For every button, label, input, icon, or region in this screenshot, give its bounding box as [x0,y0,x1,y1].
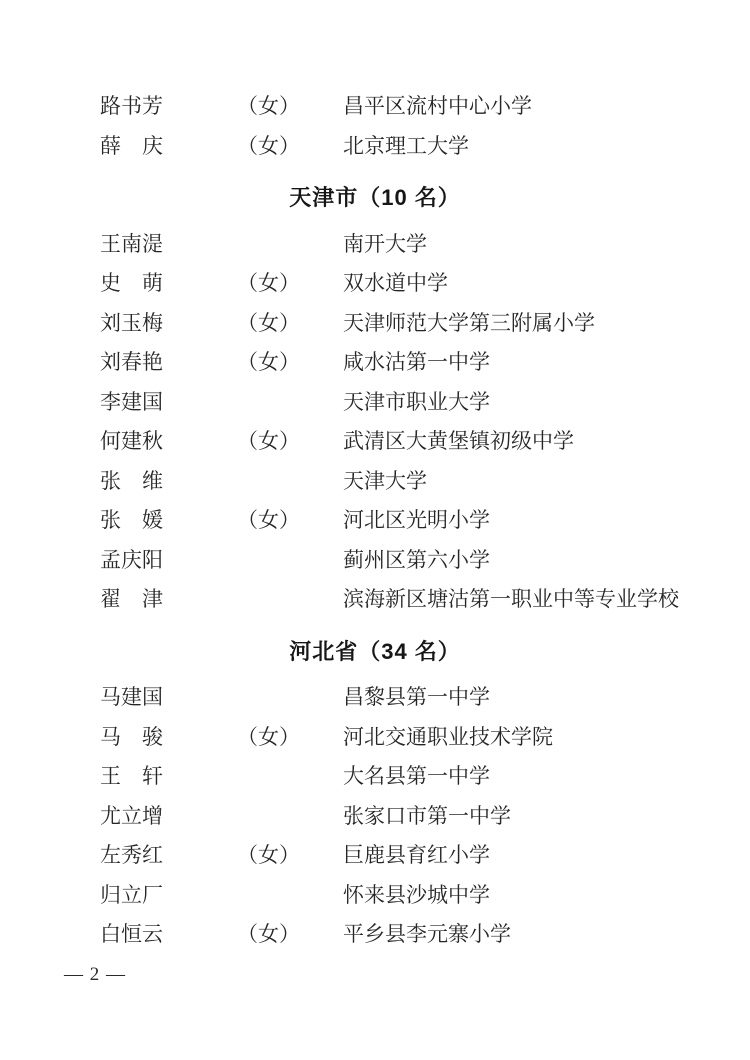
roster-row: 刘玉梅（女）天津师范大学第三附属小学 [0,304,750,344]
school-name: 怀来县沙城中学 [343,876,750,916]
gender-label [237,225,343,265]
school-name: 咸水沽第一中学 [343,343,750,383]
school-name: 昌平区流村中心小学 [343,87,750,127]
roster-row: 路书芳（女）昌平区流村中心小学 [0,87,750,127]
roster-row: 史 萌（女）双水道中学 [0,264,750,304]
gender-label: （女） [237,422,343,462]
school-name: 昌黎县第一中学 [343,678,750,718]
roster-row: 尤立增张家口市第一中学 [0,797,750,837]
roster-row: 张 媛（女）河北区光明小学 [0,501,750,541]
roster-list: 路书芳（女）昌平区流村中心小学薛 庆（女）北京理工大学天津市（10 名）王南湜南… [0,0,750,955]
person-name: 张 维 [100,462,237,502]
person-name: 翟 津 [100,580,237,620]
person-name: 尤立增 [100,797,237,837]
gender-label: （女） [237,264,343,304]
gender-label [237,580,343,620]
school-name: 平乡县李元寨小学 [343,915,750,955]
gender-label [237,462,343,502]
school-name: 大名县第一中学 [343,757,750,797]
gender-label [237,678,343,718]
gender-label [237,383,343,423]
roster-row: 王 轩大名县第一中学 [0,757,750,797]
roster-row: 马 骏（女）河北交通职业技术学院 [0,718,750,758]
roster-row: 王南湜南开大学 [0,225,750,265]
roster-row: 孟庆阳蓟州区第六小学 [0,541,750,581]
person-name: 史 萌 [100,264,237,304]
school-name: 河北交通职业技术学院 [343,718,750,758]
gender-label: （女） [237,836,343,876]
school-name: 天津市职业大学 [343,383,750,423]
person-name: 张 媛 [100,501,237,541]
section-heading: 天津市（10 名） [0,178,750,218]
roster-row: 左秀红（女）巨鹿县育红小学 [0,836,750,876]
person-name: 刘玉梅 [100,304,237,344]
roster-row: 翟 津滨海新区塘沽第一职业中等专业学校 [0,580,750,620]
school-name: 南开大学 [343,225,750,265]
roster-row: 薛 庆（女）北京理工大学 [0,127,750,167]
document-page: 路书芳（女）昌平区流村中心小学薛 庆（女）北京理工大学天津市（10 名）王南湜南… [0,0,750,1060]
person-name: 王南湜 [100,225,237,265]
person-name: 李建国 [100,383,237,423]
roster-row: 何建秋（女）武清区大黄堡镇初级中学 [0,422,750,462]
school-name: 张家口市第一中学 [343,797,750,837]
gender-label: （女） [237,718,343,758]
page-number: — 2 — [64,964,126,985]
person-name: 孟庆阳 [100,541,237,581]
person-name: 马建国 [100,678,237,718]
school-name: 滨海新区塘沽第一职业中等专业学校 [343,580,750,620]
gender-label [237,797,343,837]
roster-row: 马建国昌黎县第一中学 [0,678,750,718]
person-name: 归立厂 [100,876,237,916]
school-name: 巨鹿县育红小学 [343,836,750,876]
roster-row: 白恒云（女）平乡县李元寨小学 [0,915,750,955]
gender-label: （女） [237,127,343,167]
person-name: 马 骏 [100,718,237,758]
roster-row: 李建国天津市职业大学 [0,383,750,423]
school-name: 双水道中学 [343,264,750,304]
person-name: 薛 庆 [100,127,237,167]
person-name: 刘春艳 [100,343,237,383]
gender-label [237,757,343,797]
person-name: 路书芳 [100,87,237,127]
school-name: 河北区光明小学 [343,501,750,541]
page-footer: — 2 — [0,963,750,987]
school-name: 北京理工大学 [343,127,750,167]
gender-label: （女） [237,343,343,383]
person-name: 左秀红 [100,836,237,876]
school-name: 武清区大黄堡镇初级中学 [343,422,750,462]
gender-label: （女） [237,304,343,344]
roster-row: 归立厂怀来县沙城中学 [0,876,750,916]
person-name: 王 轩 [100,757,237,797]
gender-label: （女） [237,501,343,541]
gender-label [237,876,343,916]
person-name: 白恒云 [100,915,237,955]
gender-label: （女） [237,915,343,955]
school-name: 蓟州区第六小学 [343,541,750,581]
gender-label [237,541,343,581]
school-name: 天津师范大学第三附属小学 [343,304,750,344]
school-name: 天津大学 [343,462,750,502]
section-heading: 河北省（34 名） [0,632,750,672]
roster-row: 刘春艳（女）咸水沽第一中学 [0,343,750,383]
gender-label: （女） [237,87,343,127]
person-name: 何建秋 [100,422,237,462]
roster-row: 张 维天津大学 [0,462,750,502]
